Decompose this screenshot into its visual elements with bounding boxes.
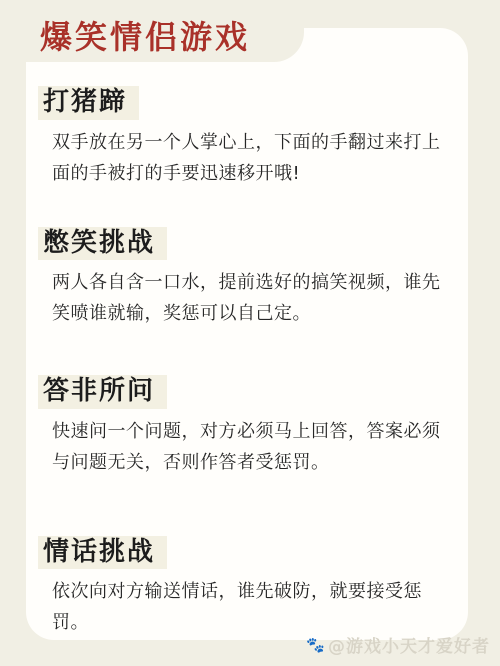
section-heading: 情话挑战 [38, 536, 167, 570]
page-title: 爆笑情侣游戏 [40, 12, 250, 58]
section-body: 快速问一个问题，对方必须马上回答，答案必须与问题无关，否则作答者受惩罚。 [52, 416, 446, 478]
game-section-2: 憋笑挑战 两人各自含一口水，提前选好的搞笑视频，谁先笑喷谁就输，奖惩可以自己定。 [38, 227, 446, 330]
game-section-4: 情话挑战 依次向对方输送情话，谁先破防，就要接受惩罚。 [38, 536, 446, 639]
section-heading: 憋笑挑战 [38, 227, 167, 261]
section-heading: 答非所问 [38, 375, 167, 409]
section-body: 双手放在另一个人掌心上，下面的手翻过来打上面的手被打的手要迅速移开哦! [52, 127, 446, 189]
baidu-paw-icon: 🐾 [306, 636, 326, 654]
poster-canvas: 爆笑情侣游戏 打猪蹄 双手放在另一个人掌心上，下面的手翻过来打上面的手被打的手要… [0, 0, 500, 666]
watermark: 🐾 @游戏小天才爱好者 [306, 632, 490, 657]
game-section-3: 答非所问 快速问一个问题，对方必须马上回答，答案必须与问题无关，否则作答者受惩罚… [38, 375, 446, 478]
section-body: 两人各自含一口水，提前选好的搞笑视频，谁先笑喷谁就输，奖惩可以自己定。 [52, 267, 446, 329]
section-body: 依次向对方输送情话，谁先破防，就要接受惩罚。 [52, 576, 446, 638]
section-heading: 打猪蹄 [38, 86, 139, 120]
game-section-1: 打猪蹄 双手放在另一个人掌心上，下面的手翻过来打上面的手被打的手要迅速移开哦! [38, 86, 446, 189]
watermark-handle: @游戏小天才爱好者 [328, 632, 490, 657]
card-content: 打猪蹄 双手放在另一个人掌心上，下面的手翻过来打上面的手被打的手要迅速移开哦! … [26, 28, 468, 638]
